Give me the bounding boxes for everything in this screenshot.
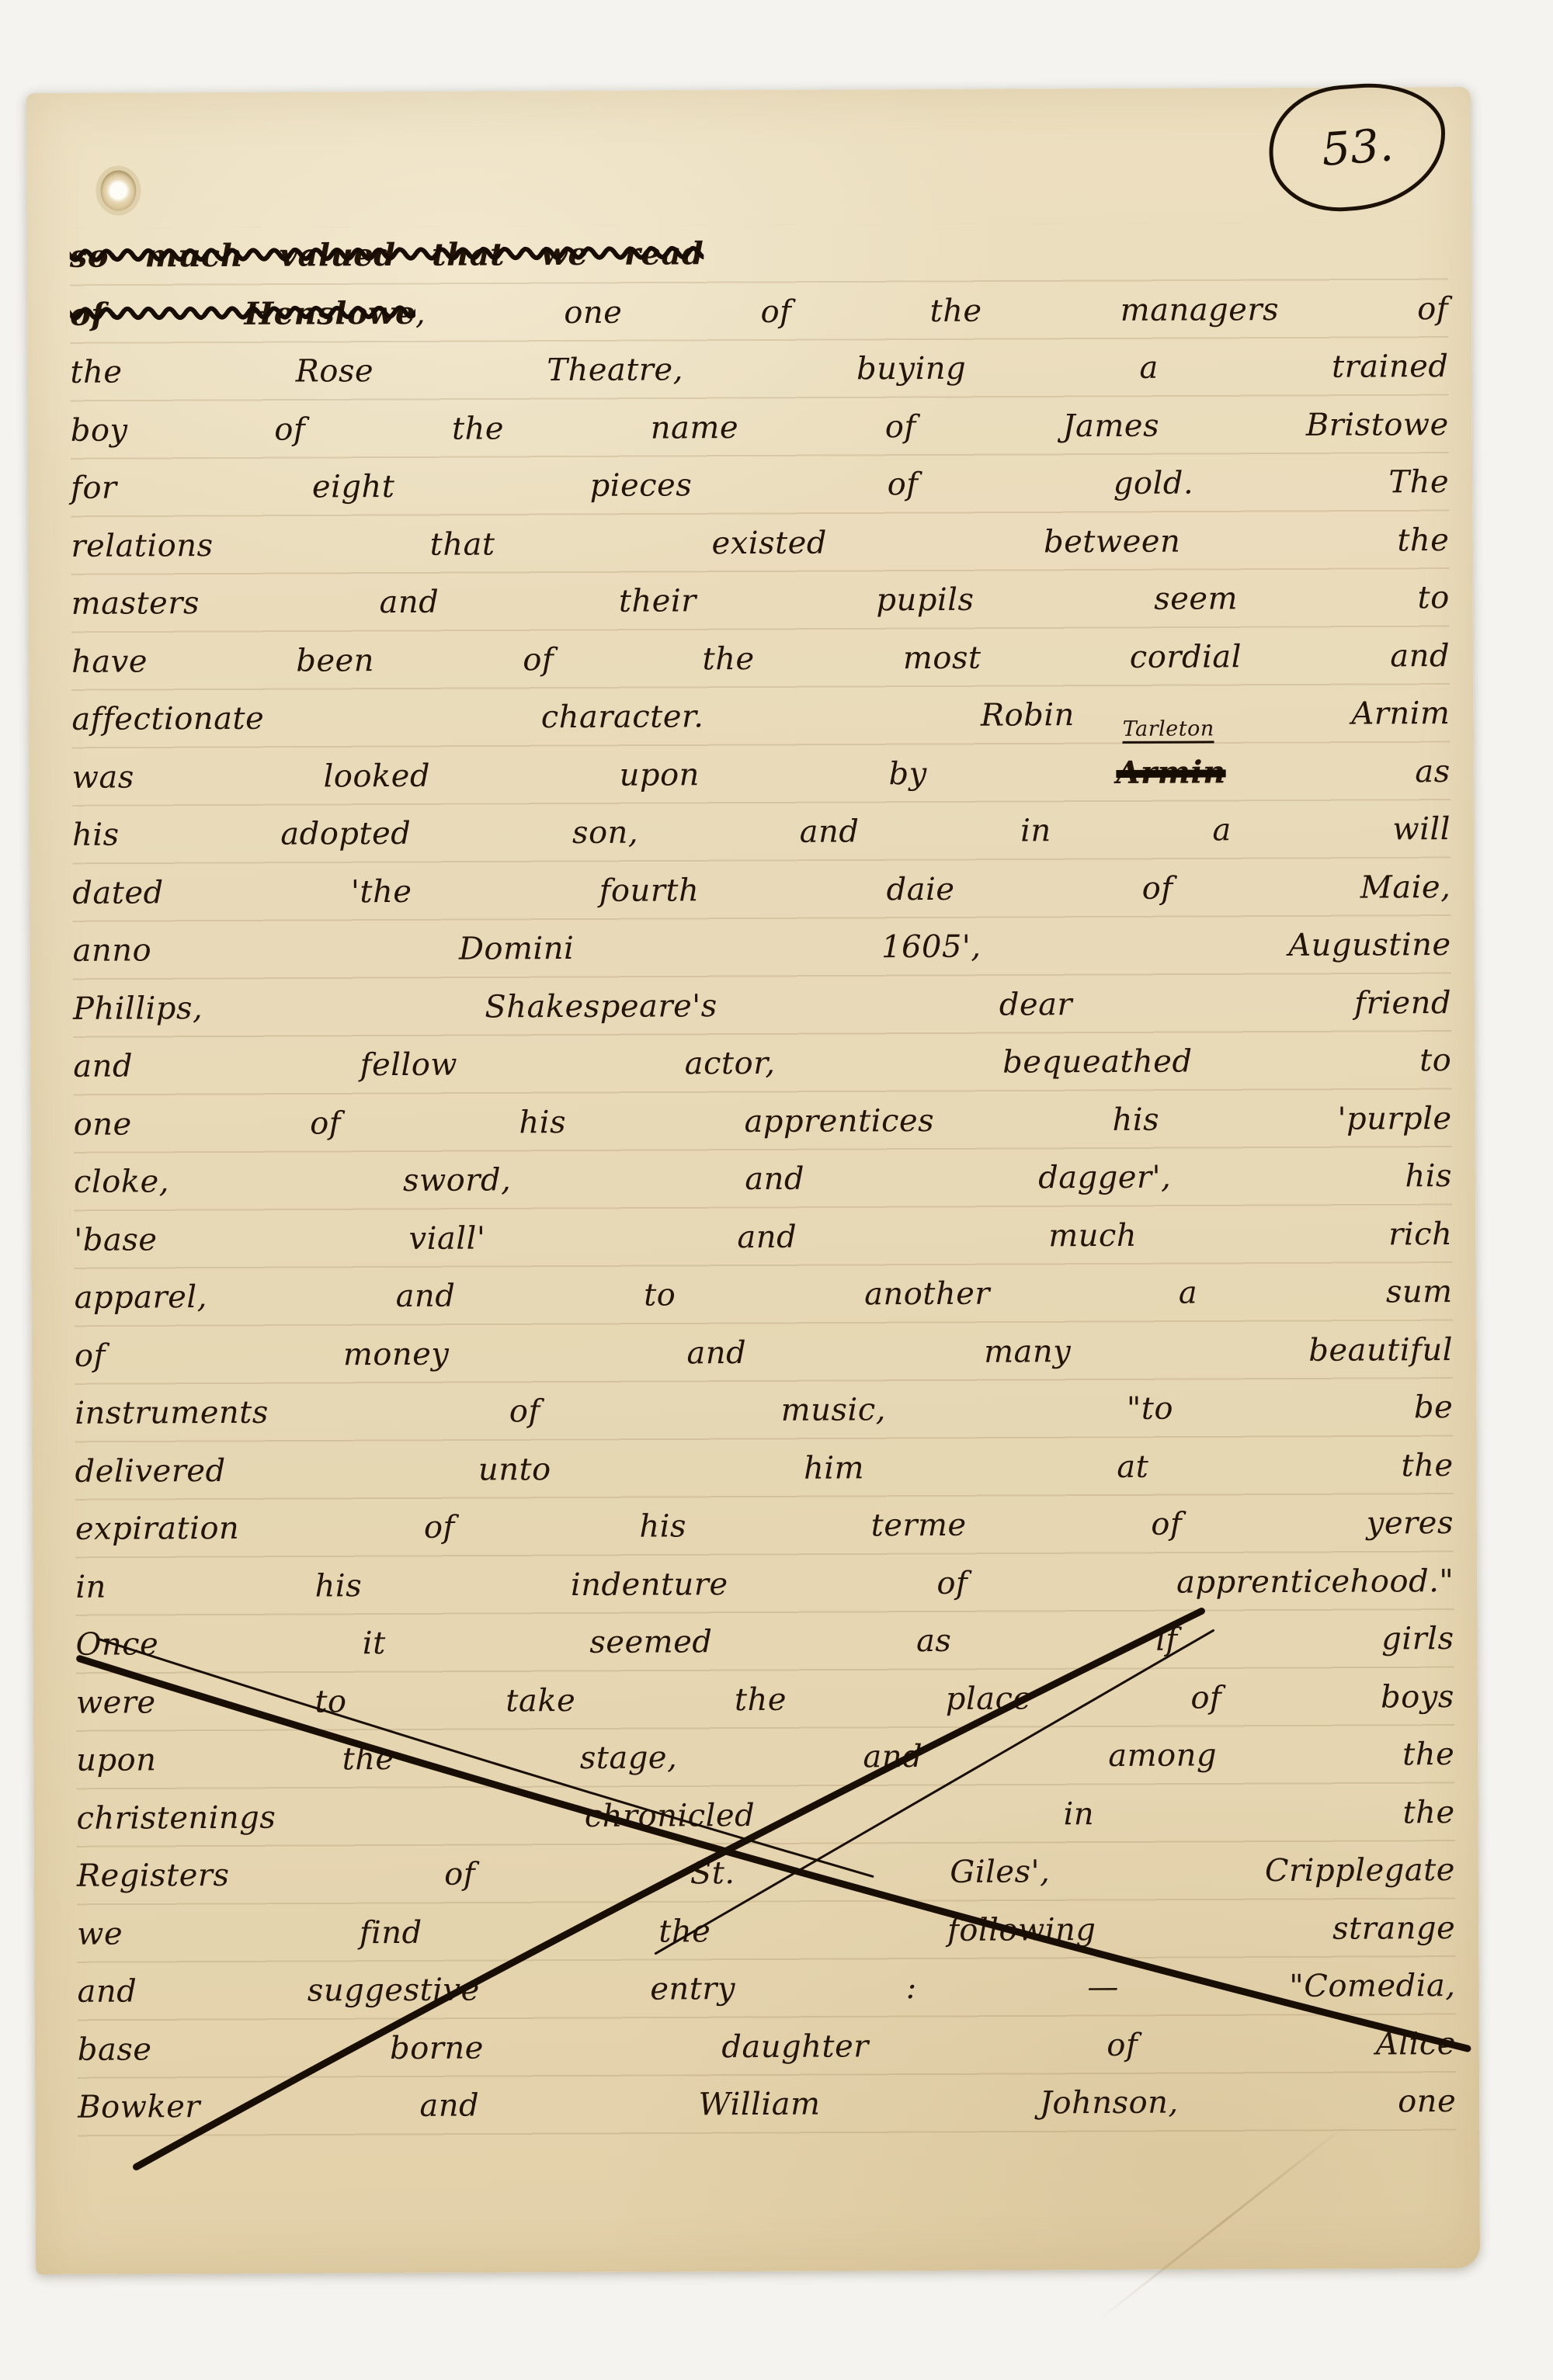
manuscript-line: we find the following strange [77, 1899, 1455, 1963]
manuscript-line: anno Domini 1605', Augustine [73, 916, 1451, 980]
manuscript-line: for eight pieces of gold. The [71, 453, 1449, 517]
page-number: 53. [1320, 118, 1395, 176]
handwritten-text: apparel, and to another a sum [75, 1274, 1453, 1316]
manuscript-line: masters and their pupils seem to [71, 569, 1450, 633]
handwritten-text: dated 'the fourth daie of Maie, [72, 869, 1451, 911]
handwritten-text: boy of the name of James Bristowe [71, 407, 1449, 449]
handwritten-text: , one of the managers of [415, 291, 1448, 331]
punch-hole [100, 170, 136, 210]
handwritten-text: have been of the most cordial and [71, 638, 1450, 680]
handwritten-text: Bowker and William Johnson, one [78, 2083, 1456, 2125]
handwritten-text: masters and their pupils seem to [71, 580, 1450, 622]
manuscript-line: one of his apprentices his 'purple [74, 1090, 1452, 1154]
manuscript-line: and suggestive entry : — "Comedia, [77, 1957, 1455, 2021]
manuscript-line: Registers of St. Giles', Cripplegate [77, 1841, 1455, 1905]
manuscript-line: relations that existed between the [71, 512, 1449, 575]
manuscript-line: affectionate character. Robin Arnim [71, 685, 1450, 748]
manuscript-line: boy of the name of James Bristowe [71, 396, 1449, 460]
page-number-badge: 53. [1265, 78, 1451, 216]
manuscript-line: dated 'the fourth daie of Maie, [72, 859, 1451, 922]
handwritten-text: base borne daughter of Alice [78, 2026, 1456, 2068]
manuscript-line: Bowker and William Johnson, one [78, 2073, 1456, 2136]
handwritten-text: Phillips, Shakespeare's dear friend [73, 985, 1451, 1027]
handwritten-text: one of his apprentices his 'purple [74, 1101, 1452, 1143]
handwritten-text: instruments of music, "to be [75, 1389, 1453, 1431]
manuscript-page: 53. so much valued that we readof Henslo… [26, 87, 1480, 2274]
manuscript-line: base borne daughter of Alice [78, 2015, 1456, 2079]
manuscript-line: instruments of music, "to be [75, 1379, 1453, 1442]
handwritten-text: affectionate character. Robin Arnim [71, 696, 1450, 737]
handwritten-text: and suggestive entry : — "Comedia, [77, 1968, 1455, 2010]
handwritten-text: we find the following strange [77, 1910, 1455, 1952]
handwritten-text: expiration of his terme of yeres [75, 1505, 1454, 1547]
handwritten-text: delivered unto him at the [75, 1448, 1454, 1490]
manuscript-line: and fellow actor, bequeathed to [73, 1032, 1451, 1095]
handwritten-text: Once it seemed as if girls [75, 1621, 1454, 1663]
handwritten-text: the Rose Theatre, buying a trained [70, 349, 1448, 390]
manuscript-line: the Rose Theatre, buying a trained [70, 338, 1448, 401]
manuscript-line: have been of the most cordial and [71, 627, 1450, 691]
handwritten-text: 'base viall' and much rich [74, 1216, 1452, 1258]
handwritten-text: as [1226, 754, 1451, 790]
paper-crease [1095, 2120, 1353, 2323]
manuscript-line: was looked upon by ArminTarleton as [72, 743, 1451, 807]
handwritten-text-block: so much valued that we readof Henslowe, … [70, 222, 1457, 2136]
handwritten-text: upon the stage, and among the [76, 1736, 1454, 1778]
manuscript-line: cloke, sword, and dagger', his [74, 1147, 1452, 1211]
handwritten-text: for eight pieces of gold. The [71, 464, 1449, 506]
manuscript-line: expiration of his terme of yeres [75, 1494, 1454, 1558]
manuscript-line: Phillips, Shakespeare's dear friend [73, 974, 1451, 1038]
handwritten-text: cloke, sword, and dagger', his [74, 1158, 1452, 1200]
manuscript-line: were to take the place of boys [76, 1668, 1454, 1732]
struck-out-word: ArminTarleton [1116, 744, 1226, 802]
manuscript-line: in his indenture of apprenticehood." [75, 1553, 1454, 1616]
handwritten-text: christenings chronicled in the [76, 1795, 1454, 1837]
handwritten-text: relations that existed between the [71, 522, 1449, 564]
manuscript-line: christenings chronicled in the [76, 1784, 1454, 1847]
manuscript-line: apparel, and to another a sum [74, 1263, 1452, 1327]
manuscript-line: his adopted son, and in a will [72, 800, 1451, 864]
manuscript-line: 'base viall' and much rich [74, 1206, 1452, 1269]
handwritten-text: was looked upon by [72, 755, 1117, 795]
manuscript-line: of money and many beautiful [75, 1321, 1453, 1385]
inserted-word-above: Tarleton [1123, 717, 1214, 744]
handwritten-text: Registers of St. Giles', Cripplegate [77, 1852, 1455, 1894]
scribbled-out-text: so much valued that we read [70, 235, 704, 275]
manuscript-line: delivered unto him at the [75, 1437, 1453, 1501]
handwritten-text: his adopted son, and in a will [72, 811, 1451, 853]
scribbled-out-text: of Henslowe [70, 294, 415, 332]
manuscript-line: of Henslowe, one of the managers of [70, 280, 1448, 344]
manuscript-line: so much valued that we read [70, 225, 704, 286]
handwritten-text: in his indenture of apprenticehood." [75, 1563, 1454, 1605]
manuscript-line: Once it seemed as if girls [75, 1610, 1454, 1674]
handwritten-text: and fellow actor, bequeathed to [73, 1043, 1451, 1084]
handwritten-text: were to take the place of boys [76, 1679, 1454, 1721]
handwritten-text: anno Domini 1605', Augustine [73, 927, 1451, 969]
scanned-document-background: 53. so much valued that we readof Henslo… [0, 0, 1553, 2380]
handwritten-text: of money and many beautiful [75, 1332, 1453, 1374]
manuscript-line: upon the stage, and among the [76, 1726, 1454, 1789]
